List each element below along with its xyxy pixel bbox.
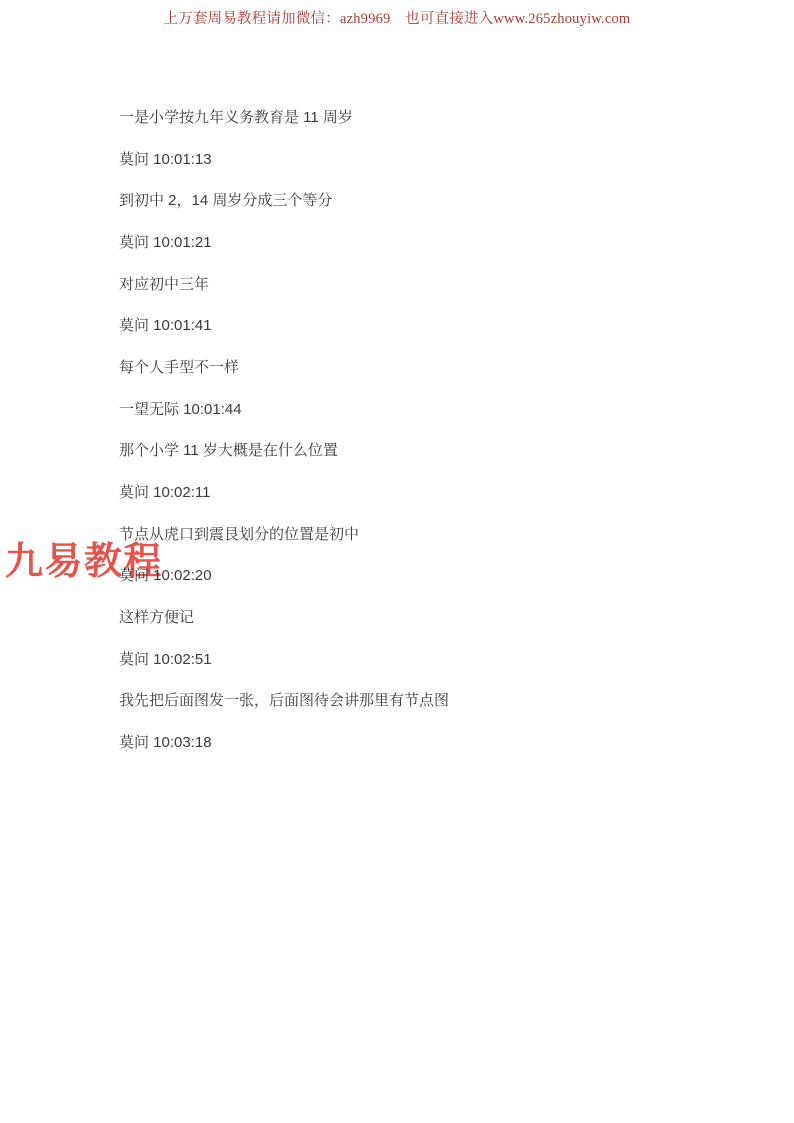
chat-speaker-timestamp: 莫问 10:01:41	[119, 305, 754, 347]
chat-transcript: 一是小学按九年义务教育是 11 周岁 莫问 10:01:13 到初中 2，14 …	[119, 97, 754, 764]
page-header-notice: 上万套周易教程请加微信：azh9969 也可直接进入www.265zhouyiw…	[0, 7, 794, 28]
chat-message: 到初中 2，14 周岁分成三个等分	[119, 180, 754, 222]
chat-message: 一是小学按九年义务教育是 11 周岁	[119, 97, 754, 139]
chat-message: 对应初中三年	[119, 264, 754, 306]
chat-speaker-timestamp: 莫问 10:01:21	[119, 222, 754, 264]
chat-message: 我先把后面图发一张，后面图待会讲那里有节点图	[119, 680, 754, 722]
chat-speaker-timestamp: 莫问 10:02:20	[119, 555, 754, 597]
chat-speaker-timestamp: 莫问 10:01:13	[119, 139, 754, 181]
chat-message: 节点从虎口到震艮划分的位置是初中	[119, 514, 754, 556]
chat-speaker-timestamp: 莫问 10:02:51	[119, 639, 754, 681]
chat-speaker-timestamp: 莫问 10:02:11	[119, 472, 754, 514]
chat-speaker-timestamp: 莫问 10:03:18	[119, 722, 754, 764]
chat-message: 那个小学 11 岁大概是在什么位置	[119, 430, 754, 472]
chat-speaker-timestamp: 一望无际 10:01:44	[119, 389, 754, 431]
chat-message: 每个人手型不一样	[119, 347, 754, 389]
chat-message: 这样方便记	[119, 597, 754, 639]
